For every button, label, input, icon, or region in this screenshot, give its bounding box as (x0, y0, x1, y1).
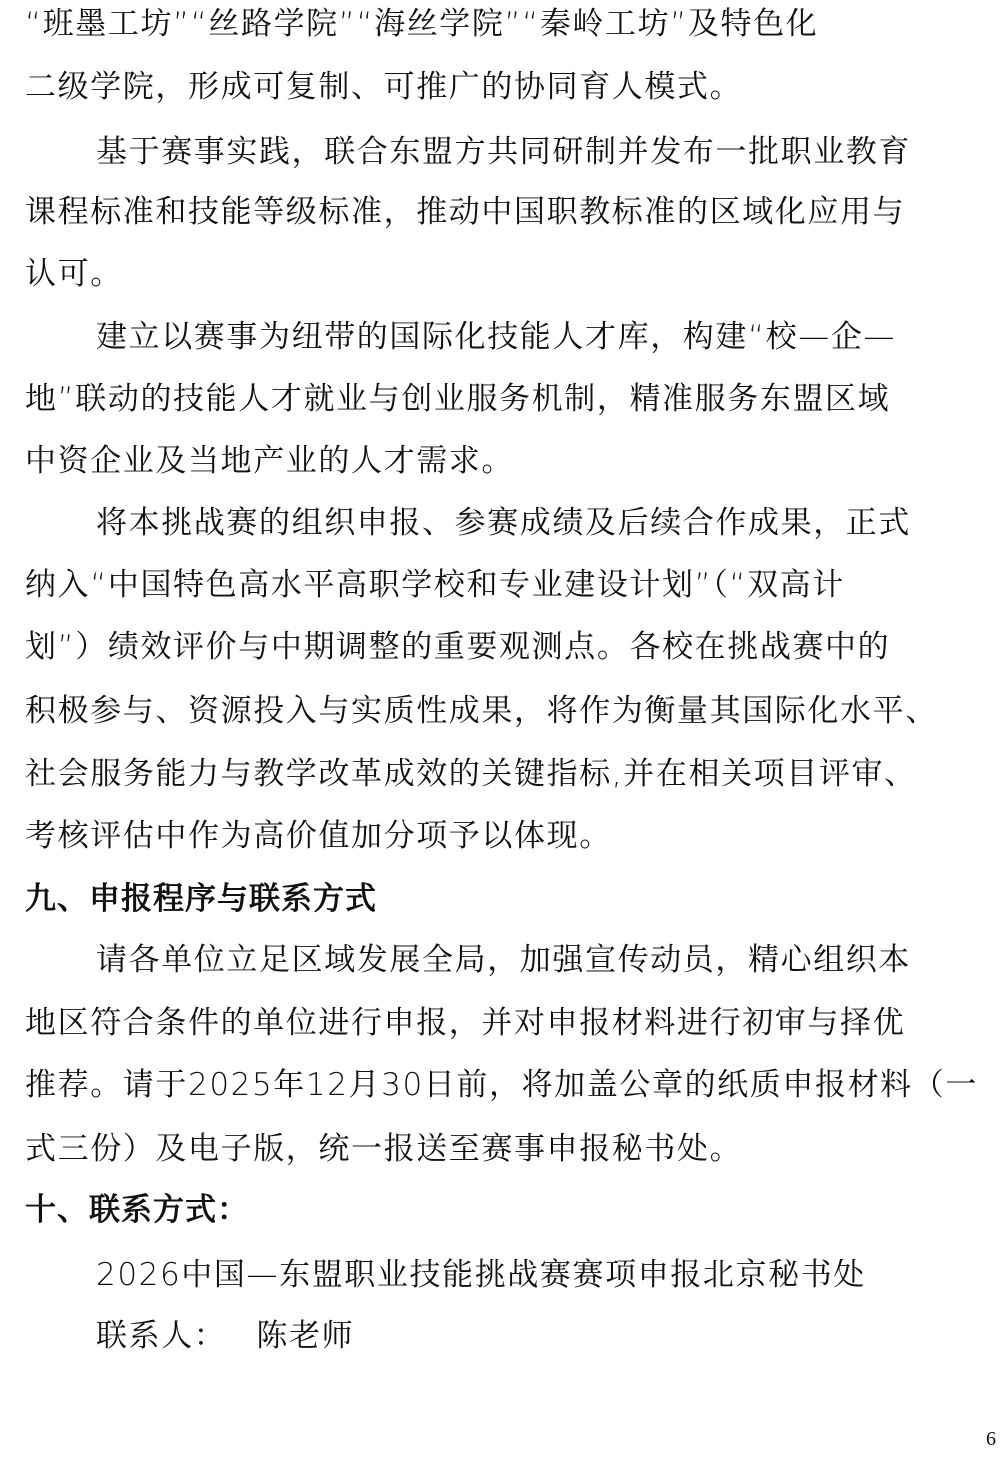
body-line: 地区符合条件的单位进行申报，并对申报材料进行初审与择优 (25, 1003, 975, 1043)
body-line: 地”联动的技能人才就业与创业服务机制，精准服务东盟区域 (25, 379, 975, 419)
body-line: 中资企业及当地产业的人才需求。 (25, 441, 975, 481)
body-line: 二级学院，形成可复制、可推广的协同育人模式。 (25, 67, 975, 107)
contact-person-row: 联系人：陈老师 (96, 1316, 1000, 1356)
section-heading-contact: 十、联系方式： (25, 1190, 975, 1230)
body-line: 纳入“中国特色高水平高职学校和专业建设计划”（“双高计 (25, 565, 975, 605)
page-number: 6 (986, 1428, 996, 1451)
body-line-deadline: 推荐。请于2025年12月30日前，将加盖公章的纸质申报材料（一 (25, 1065, 975, 1105)
contact-office: 2026中国—东盟职业技能挑战赛赛项申报北京秘书处 (96, 1255, 1000, 1295)
body-line: 划”）绩效评价与中期调整的重要观测点。各校在挑战赛中的 (25, 627, 975, 667)
body-line: “班墨工坊”“丝路学院”“海丝学院”“秦岭工坊”及特色化 (25, 4, 975, 44)
paragraph-start-talent-pool: 建立以赛事为纽带的国际化技能人才库，构建“校—企— (96, 317, 1000, 357)
section-heading-procedure: 九、申报程序与联系方式 (25, 879, 975, 919)
contact-label: 联系人： (96, 1318, 226, 1354)
body-line: 社会服务能力与教学改革成效的关键指标,并在相关项目评审、 (25, 754, 975, 794)
body-line: 积极参与、资源投入与实质性成果，将作为衡量其国际化水平、 (25, 691, 975, 731)
paragraph-start-standards: 基于赛事实践，联合东盟方共同研制并发布一批职业教育 (96, 132, 1000, 172)
body-line: 考核评估中作为高价值加分项予以体现。 (25, 816, 975, 856)
body-line: 认可。 (25, 254, 975, 294)
contact-name: 陈老师 (256, 1318, 354, 1354)
body-line: 课程标准和技能等级标准，推动中国职教标准的区域化应用与 (25, 192, 975, 232)
paragraph-start-application: 请各单位立足区域发展全局，加强宣传动员，精心组织本 (96, 940, 1000, 980)
paragraph-start-evaluation: 将本挑战赛的组织申报、参赛成绩及后续合作成果，正式 (96, 503, 1000, 543)
body-line: 式三份）及电子版，统一报送至赛事申报秘书处。 (25, 1129, 975, 1169)
